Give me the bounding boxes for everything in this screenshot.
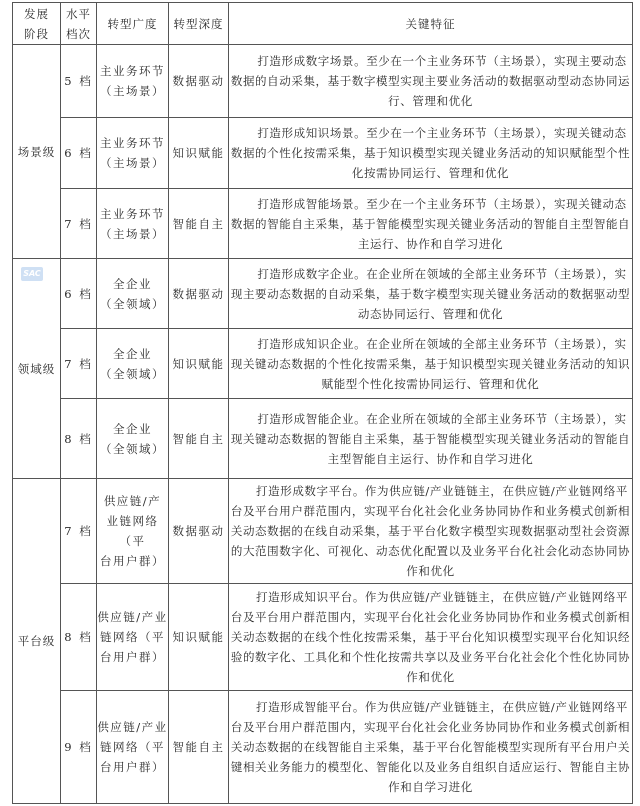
level-cell: 7 档 [61, 329, 97, 399]
feature-cell: 打造形成智能平台。作为供应链/产业链链主，在供应链/产业链网络平台及平台用户群范… [229, 691, 633, 804]
stage-cell: 平台级 [13, 479, 61, 804]
digital-transformation-levels-table: 发展阶段 水平档次 转型广度 转型深度 关键特征 场景级 5 档 主业务环节（主… [12, 2, 633, 804]
table-row: 7 档 主业务环节（主场景） 智能自主 打造形成智能场景。至少在一个主业务环节（… [13, 189, 633, 259]
table-row: 平台级 7 档 供应链/产业链网络（平台用户群） 数据驱动 打造形成数字平台。作… [13, 479, 633, 584]
header-feature: 关键特征 [229, 3, 633, 45]
table-row: 9 档 供应链/产业链网络（平台用户群） 智能自主 打造形成智能平台。作为供应链… [13, 691, 633, 804]
feature-cell: 打造形成智能场景。至少在一个主业务环节（主场景），实现关键动态数据的智能自主采集… [229, 189, 633, 259]
table-row: 7 档 全企业（全领域） 知识赋能 打造形成知识企业。在企业所在领域的全部主业务… [13, 329, 633, 399]
stage-cell: SAC 领域级 [13, 259, 61, 479]
table-row: 6 档 主业务环节（主场景） 知识赋能 打造形成知识场景。至少在一个主业务环节（… [13, 118, 633, 189]
header-breadth: 转型广度 [97, 3, 169, 45]
table-row: 8 档 供应链/产业链网络（平台用户群） 知识赋能 打造形成知识平台。作为供应链… [13, 584, 633, 691]
breadth-cell: 主业务环节（主场景） [97, 189, 169, 259]
depth-cell: 知识赋能 [169, 584, 229, 691]
level-cell: 8 档 [61, 584, 97, 691]
feature-cell: 打造形成知识平台。作为供应链/产业链链主，在供应链/产业链网络平台及平台用户群范… [229, 584, 633, 691]
level-cell: 8 档 [61, 399, 97, 479]
level-cell: 6 档 [61, 259, 97, 329]
feature-cell: 打造形成知识场景。至少在一个主业务环节（主场景），实现关键动态数据的个性化按需采… [229, 118, 633, 189]
header-level: 水平档次 [61, 3, 97, 45]
depth-cell: 智能自主 [169, 691, 229, 804]
header-depth: 转型深度 [169, 3, 229, 45]
table-row: SAC 领域级 6 档 全企业（全领域） 数据驱动 打造形成数字企业。在企业所在… [13, 259, 633, 329]
breadth-cell: 主业务环节（主场景） [97, 45, 169, 118]
depth-cell: 知识赋能 [169, 329, 229, 399]
level-cell: 6 档 [61, 118, 97, 189]
breadth-cell: 全企业（全领域） [97, 329, 169, 399]
sac-logo-icon: SAC [21, 267, 43, 281]
feature-cell: 打造形成智能企业。在企业所在领域的全部主业务环节（主场景），实现关键动态数据的智… [229, 399, 633, 479]
breadth-cell: 全企业（全领域） [97, 259, 169, 329]
stage-cell: 场景级 [13, 45, 61, 259]
feature-cell: 打造形成数字企业。在企业所在领域的全部主业务环节（主场景），实现主要动态数据的自… [229, 259, 633, 329]
breadth-cell: 供应链/产业链网络（平台用户群） [97, 584, 169, 691]
table-row: 场景级 5 档 主业务环节（主场景） 数据驱动 打造形成数字场景。至少在一个主业… [13, 45, 633, 118]
breadth-cell: 全企业（全领域） [97, 399, 169, 479]
header-stage: 发展阶段 [13, 3, 61, 45]
depth-cell: 知识赋能 [169, 118, 229, 189]
depth-cell: 数据驱动 [169, 479, 229, 584]
depth-cell: 数据驱动 [169, 259, 229, 329]
breadth-cell: 供应链/产业链网络（平台用户群） [97, 479, 169, 584]
feature-cell: 打造形成知识企业。在企业所在领域的全部主业务环节（主场景），实现关键动态数据的个… [229, 329, 633, 399]
breadth-cell: 主业务环节（主场景） [97, 118, 169, 189]
level-cell: 7 档 [61, 479, 97, 584]
depth-cell: 智能自主 [169, 189, 229, 259]
depth-cell: 智能自主 [169, 399, 229, 479]
feature-cell: 打造形成数字场景。至少在一个主业务环节（主场景），实现主要动态数据的自动采集，基… [229, 45, 633, 118]
depth-cell: 数据驱动 [169, 45, 229, 118]
level-cell: 5 档 [61, 45, 97, 118]
table-header-row: 发展阶段 水平档次 转型广度 转型深度 关键特征 [13, 3, 633, 45]
table-row: 8 档 全企业（全领域） 智能自主 打造形成智能企业。在企业所在领域的全部主业务… [13, 399, 633, 479]
level-cell: 7 档 [61, 189, 97, 259]
level-cell: 9 档 [61, 691, 97, 804]
feature-cell: 打造形成数字平台。作为供应链/产业链链主，在供应链/产业链网络平台及平台用户群范… [229, 479, 633, 584]
breadth-cell: 供应链/产业链网络（平台用户群） [97, 691, 169, 804]
